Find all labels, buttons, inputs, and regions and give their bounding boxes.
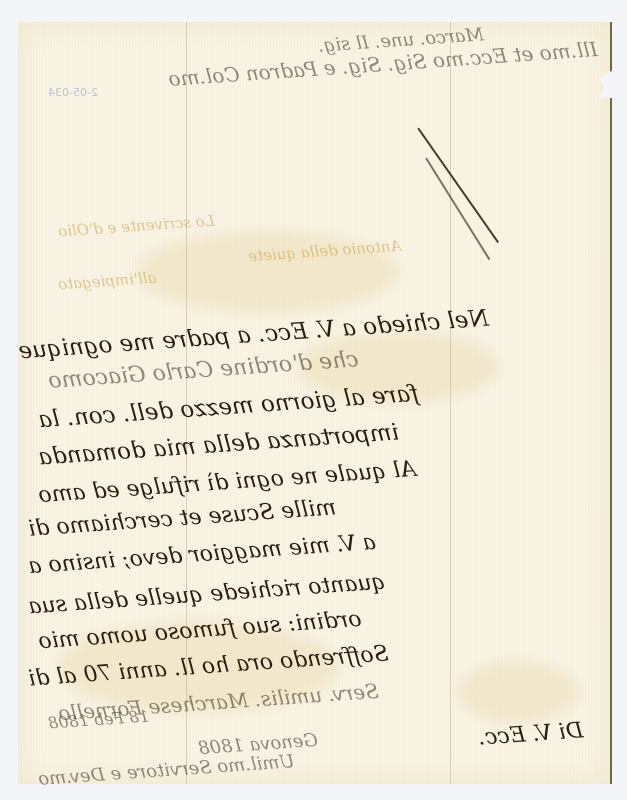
ghost-line: Lo scrivente e d'Olio [58,212,216,241]
fold-line [450,22,451,784]
document-page: 2-05-034 Marco. une. Il sig. Ill.mo et E… [18,22,612,784]
pen-stroke [417,127,499,243]
ghost-line: all'impiegato [57,269,157,294]
closing-line: Umil.mo Servitore e Dev.mo [38,751,296,790]
catalog-number: 2-05-034 [48,86,98,99]
closing-line: Di V. Ecc. [477,718,584,750]
stain [458,662,578,722]
pen-stroke [425,157,490,260]
